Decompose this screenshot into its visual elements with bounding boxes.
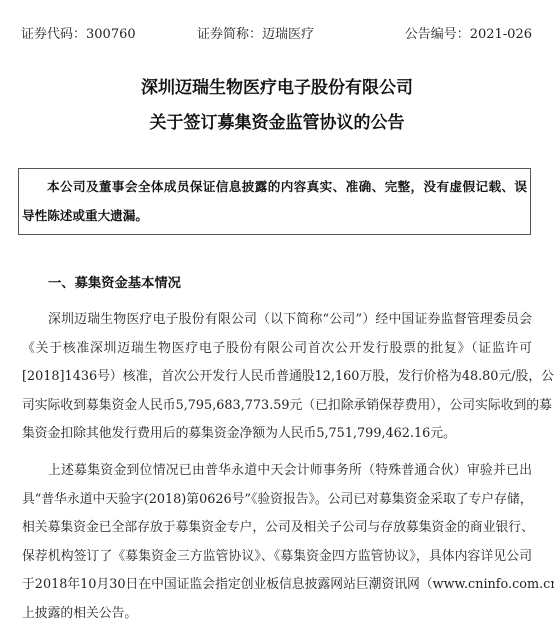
paragraph-line: 相关募集资金已全部存放于募集资金专户，公司及相关子公司与存放募集资金的商业银行、	[22, 514, 532, 543]
paragraph-line: 集资金扣除其他发行费用后的募集资金净额为人民币5,751,799,462.16元…	[22, 420, 532, 449]
disclaimer-line-2: 导性陈述或重大遗漏。	[22, 207, 527, 225]
paragraph-line: 上述募集资金到位情况已由普华永道中天会计师事务所（特殊普通合伙）审验并已出	[22, 457, 532, 486]
disclaimer-line-1: 本公司及董事会全体成员保证信息披露的内容真实、准确、完整，没有虚假记载、误	[22, 178, 527, 196]
stock-code: 证券代码：300760	[21, 26, 136, 44]
paragraph-line: [2018]1436号）核准，首次公开发行人民币普通股12,160万股，发行价格…	[22, 363, 532, 392]
paragraph-line: 于2018年10月30日在中国证监会指定创业板信息披露网站巨潮资讯网（www.c…	[22, 571, 532, 600]
paragraph-fund-verification: 上述募集资金到位情况已由普华永道中天会计师事务所（特殊普通合伙）审验并已出 具“…	[22, 457, 532, 629]
paragraph-line: 深圳迈瑞生物医疗电子股份有限公司（以下简称“公司”）经中国证券监督管理委员会	[22, 306, 532, 335]
stock-abbreviation: 证券简称：迈瑞医疗	[197, 26, 314, 44]
announcement-number: 公告编号：2021-026	[405, 26, 532, 44]
paragraph-line: 具“普华永道中天验字(2018)第0626号”《验资报告》。公司已对募集资金采取…	[22, 486, 532, 515]
disclaimer-box: 本公司及董事会全体成员保证信息披露的内容真实、准确、完整，没有虚假记载、误 导性…	[18, 168, 531, 235]
announcement-title: 关于签订募集资金监管协议的公告	[0, 112, 554, 134]
paragraph-line: 保荐机构签订了《募集资金三方监管协议》、《募集资金四方监管协议》，具体内容详见公…	[22, 543, 532, 572]
paragraph-line: 上披露的相关公告。	[22, 600, 532, 629]
section-heading: 一、募集资金基本情况	[48, 275, 181, 293]
paragraph-fundraising-approval: 深圳迈瑞生物医疗电子股份有限公司（以下简称“公司”）经中国证券监督管理委员会 《…	[22, 306, 532, 449]
paragraph-line: 司实际收到募集资金人民币5,795,683,773.59元（已扣除承销保荐费用）…	[22, 392, 532, 421]
paragraph-line: 《关于核准深圳迈瑞生物医疗电子股份有限公司首次公开发行股票的批复》（证监许可	[22, 335, 532, 364]
company-name-title: 深圳迈瑞生物医疗电子股份有限公司	[0, 77, 554, 99]
